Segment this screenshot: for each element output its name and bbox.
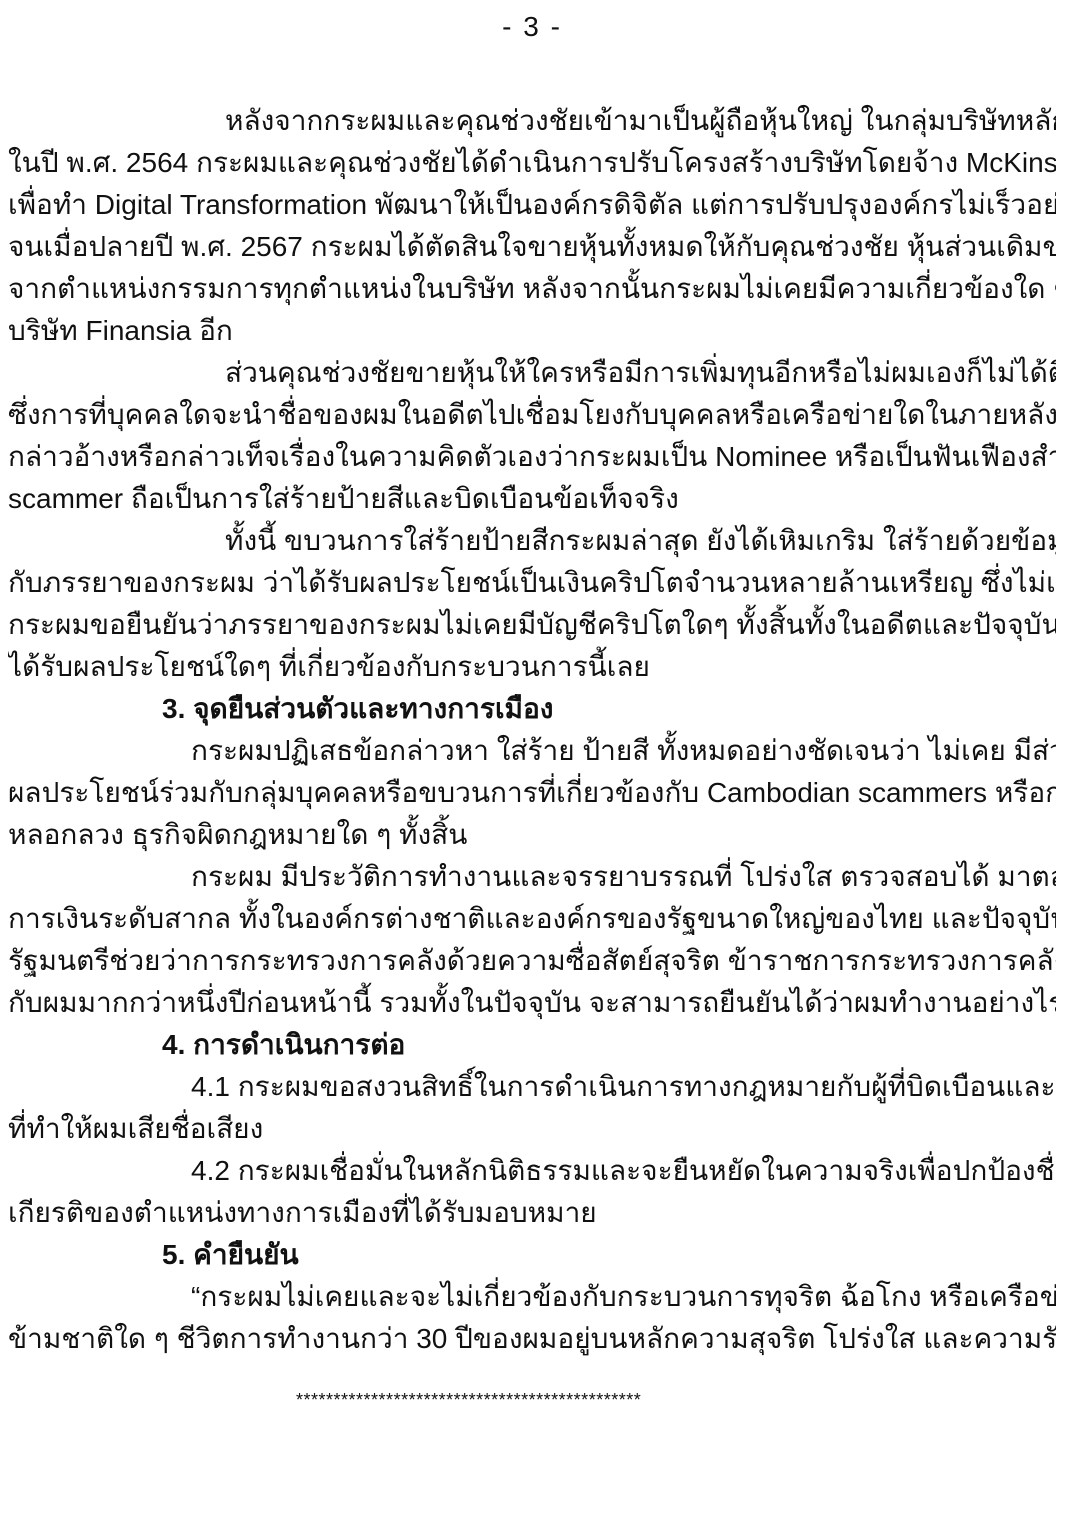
text-line: ผลประโยชน์ร่วมกับกลุ่มบุคคลหรือขบวนการที… [8, 772, 1056, 814]
quote-paragraph: “กระผมไม่เคยและจะไม่เกี่ยวข้องกับกระบวนก… [8, 1276, 1056, 1360]
text-line: กระผมปฏิเสธข้อกล่าวหา ใส่ร้าย ป้ายสี ทั้… [8, 730, 1056, 772]
text-line: จนเมื่อปลายปี พ.ศ. 2567 กระผมได้ตัดสินใจ… [8, 226, 1056, 268]
text-line: บริษัท Finansia อีก [8, 310, 1056, 352]
text-line: ในปี พ.ศ. 2564 กระผมและคุณช่วงชัยได้ดำเน… [8, 142, 1056, 184]
text-line: ได้รับผลประโยชน์ใดๆ ที่เกี่ยวข้องกับกระบ… [8, 646, 1056, 688]
text-line: กับผมมากกว่าหนึ่งปีก่อนหน้านี้ รวมทั้งใน… [8, 982, 1056, 1024]
text-line: 4.2 กระผมเชื่อมั่นในหลักนิติธรรมและจะยืน… [8, 1150, 1056, 1192]
page-number: - 3 - [8, 6, 1056, 48]
text-line: เพื่อทำ Digital Transformation พัฒนาให้เ… [8, 184, 1056, 226]
text-line: หลังจากกระผมและคุณช่วงชัยเข้ามาเป็นผู้ถื… [8, 100, 1056, 142]
text-line: ทั้งนี้ ขบวนการใส่ร้ายป้ายสีกระผมล่าสุด … [8, 520, 1056, 562]
paragraph: ส่วนคุณช่วงชัยขายหุ้นให้ใครหรือมีการเพิ่… [8, 352, 1056, 520]
section-heading-5: 5. คำยืนยัน [8, 1234, 1056, 1276]
paragraph: กระผมปฏิเสธข้อกล่าวหา ใส่ร้าย ป้ายสี ทั้… [8, 730, 1056, 856]
paragraph: กระผม มีประวัติการทำงานและจรรยาบรรณที่ โ… [8, 856, 1056, 1024]
text-line: “กระผมไม่เคยและจะไม่เกี่ยวข้องกับกระบวนก… [8, 1276, 1056, 1318]
text-line: กระผม มีประวัติการทำงานและจรรยาบรรณที่ โ… [8, 856, 1056, 898]
paragraph: 4.1 กระผมขอสงวนสิทธิ์ในการดำเนินการทางกฎ… [8, 1066, 1056, 1150]
paragraph: ทั้งนี้ ขบวนการใส่ร้ายป้ายสีกระผมล่าสุด … [8, 520, 1056, 688]
text-line: การเงินระดับสากล ทั้งในองค์กรต่างชาติและ… [8, 898, 1056, 940]
paragraph: 4.2 กระผมเชื่อมั่นในหลักนิติธรรมและจะยืน… [8, 1150, 1056, 1234]
text-line: กระผมขอยืนยันว่าภรรยาของกระผมไม่เคยมีบัญ… [8, 604, 1056, 646]
text-line: กล่าวอ้างหรือกล่าวเท็จเรื่องในความคิดตัว… [8, 436, 1056, 478]
text-line: กับภรรยาของกระผม ว่าได้รับผลประโยชน์เป็น… [8, 562, 1056, 604]
text-line: scammer ถือเป็นการใส่ร้ายป้ายสีและบิดเบื… [8, 478, 1056, 520]
text-line: จากตำแหน่งกรรมการทุกตำแหน่งในบริษัท หลัง… [8, 268, 1056, 310]
text-line: 4.1 กระผมขอสงวนสิทธิ์ในการดำเนินการทางกฎ… [8, 1066, 1056, 1108]
text-line: ซึ่งการที่บุคคลใดจะนำชื่อของผมในอดีตไปเช… [8, 394, 1056, 436]
section-heading-4: 4. การดำเนินการต่อ [8, 1024, 1056, 1066]
asterisk-separator: ****************************************… [296, 1390, 1056, 1410]
text-line: เกียรติของตำแหน่งทางการเมืองที่ได้รับมอบ… [8, 1192, 1056, 1234]
text-line: ส่วนคุณช่วงชัยขายหุ้นให้ใครหรือมีการเพิ่… [8, 352, 1056, 394]
text-line: หลอกลวง ธุรกิจผิดกฎหมายใด ๆ ทั้งสิ้น [8, 814, 1056, 856]
section-heading-3: 3. จุดยืนส่วนตัวและทางการเมือง [8, 688, 1056, 730]
text-line: ข้ามชาติใด ๆ ชีวิตการทำงานกว่า 30 ปีของผ… [8, 1318, 1056, 1360]
text-line: ที่ทำให้ผมเสียชื่อเสียง [8, 1108, 1056, 1150]
text-line: รัฐมนตรีช่วยว่าการกระทรวงการคลังด้วยความ… [8, 940, 1056, 982]
paragraph: หลังจากกระผมและคุณช่วงชัยเข้ามาเป็นผู้ถื… [8, 100, 1056, 352]
document-page: - 3 - หลังจากกระผมและคุณช่วงชัยเข้ามาเป็… [0, 0, 1080, 1531]
